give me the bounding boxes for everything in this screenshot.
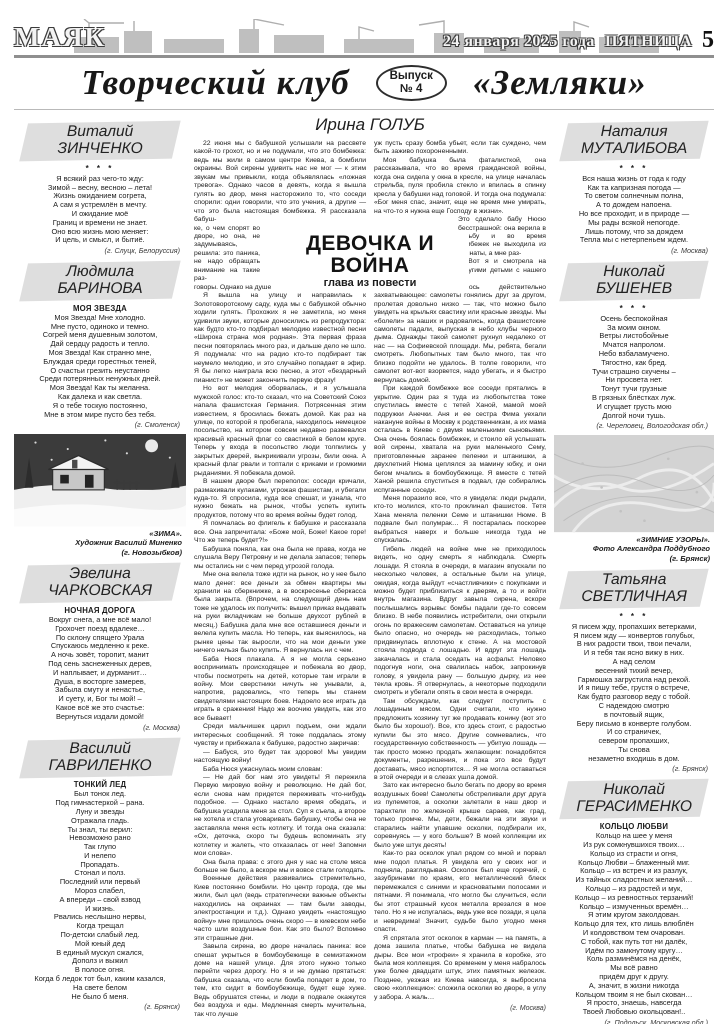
poem-separator: * * *	[554, 164, 714, 173]
newspaper-page: МАЯК 24 января 2025 года ПЯТНИЦА 5 Творч…	[0, 0, 724, 1024]
author-last-name: БУШЕНЕВ	[564, 280, 705, 297]
author-band: Николай ГЕРАСИМЕНКО	[559, 779, 708, 819]
story-headline: ДЕВОЧКА И ВОЙНА	[273, 233, 467, 277]
caption-artist: Художник Василий Миненко	[14, 538, 182, 548]
paragraph: 22 июня мы с бабушкой услышали на рассве…	[194, 140, 366, 225]
poem-text: Кольцо на шее у меняИз рук сомкнувшихся …	[554, 832, 714, 1017]
poem-text: Я всякий раз чего-то жду:Зимой – весну, …	[14, 175, 186, 245]
poem-text: Вокруг снега, а мне всё мало!Грохочет по…	[14, 616, 186, 722]
author-first-name: Наталия	[564, 123, 705, 140]
paragraph: Бабушка поняла, как она была не права, к…	[194, 546, 366, 571]
caption-title: «ЗИМНИЕ УЗОРЫ».	[554, 535, 710, 545]
poem-line: Долгой ночи тушь.	[554, 412, 714, 421]
author-last-name: ГЕРАСИМЕНКО	[564, 799, 705, 816]
author-last-name: ГАВРИЛЕНКО	[24, 757, 177, 774]
author-location: (г. Москва)	[14, 723, 180, 732]
paragraph: — Бабуся, это будет так здорово! Мы увид…	[194, 749, 366, 766]
story-paragraphs: Зрелище разыгрывалось действительно захв…	[374, 284, 546, 1003]
paragraph: Она была права: с этого дня у нас на сто…	[194, 859, 366, 876]
paragraph: Баба Нюся ужаснулась моим словам:	[194, 766, 366, 774]
author-location: (г. Смоленск)	[14, 420, 180, 429]
paragraph: Моя бабушка была фаталисткой, она расска…	[374, 157, 546, 216]
author-last-name: ЧАРКОВСКАЯ	[24, 583, 177, 600]
author-band: Эвелина ЧАРКОВСКАЯ	[19, 563, 180, 603]
poem-block-svetlichnaya: Татьяна СВЕТЛИЧНАЯ * * * Я писем жду, пр…	[554, 570, 714, 773]
author-location: (г. Брянск)	[14, 1002, 180, 1011]
paragraph: Зрелище разыгрывалось действительно захв…	[374, 284, 546, 385]
story-headline-box: ДЕВОЧКА И ВОЙНА глава из повести	[271, 231, 469, 292]
poem-separator: * * *	[14, 164, 186, 173]
paragraph: ке, о чем спорят во дворе, но она, не за…	[194, 225, 260, 284]
poem-block-gerasimenko: Николай ГЕРАСИМЕНКО КОЛЬЦО ЛЮБВИ Кольцо …	[554, 780, 714, 1024]
author-first-name: Людмила	[24, 263, 177, 280]
club-title: Творческий клуб	[81, 63, 349, 103]
poem-title: НОЧНАЯ ДОРОГА	[14, 606, 186, 615]
author-first-name: Василий	[24, 740, 177, 757]
story-byline: Ирина ГОЛУБ	[194, 115, 546, 135]
poem-text: Моя Звезда! Мне холодно.Мне пусто, одино…	[14, 314, 186, 420]
paragraph: Баба Нюся плакала. А я не могла серьезно…	[194, 656, 366, 724]
author-last-name: ЗИНЧЕНКО	[24, 140, 177, 157]
caption-title: «ЗИМА».	[14, 529, 182, 539]
story-paragraphs: Я вышла на улицу и направилась к Золотов…	[194, 292, 366, 1019]
paragraph: Гибель людей на войне мне не приходилось…	[374, 546, 546, 698]
poem-block-charkovskaya: Эвелина ЧАРКОВСКАЯ НОЧНАЯ ДОРОГА Вокруг …	[14, 564, 186, 731]
caption-city: (г. Брянск)	[554, 554, 710, 564]
author-last-name: БАРИНОВА	[24, 280, 177, 297]
paragraph: Меня поразило все, что я увидела: люди р…	[374, 495, 546, 546]
paragraph: Там обсуждали, как следует поступить с л…	[374, 698, 546, 783]
author-first-name: Эвелина	[24, 565, 177, 582]
poem-line: Мне в этом мире пусто без тебя.	[14, 411, 186, 420]
author-band: Татьяна СВЕТЛИЧНАЯ	[559, 569, 708, 609]
poem-block-mutalibova: Наталия МУТАЛИБОВА * * * Вся наша жизнь …	[554, 122, 714, 255]
issue-badge: Выпуск № 4	[376, 65, 447, 101]
paragraph: При каждой бомбежке все соседи прятались…	[374, 385, 546, 495]
paragraph: Военные действия развивались стремительн…	[194, 875, 366, 943]
masthead-title: МАЯК	[14, 22, 106, 55]
poem-separator: * * *	[554, 612, 714, 621]
poem-text: Я писем жду, пропахших ветерками,Я писем…	[554, 623, 714, 764]
poem-text: Осень беспокойнаяЗа моим окном.Ветры лис…	[554, 315, 714, 421]
poem-block-bushenev: Николай БУШЕНЕВ * * * Осень беспокойнаяЗ…	[554, 262, 714, 430]
caption-photographer: Фото Александра Поддубного	[554, 544, 710, 554]
paragraph: — Не дай бог нам это увидеть! Я пережила…	[194, 774, 366, 859]
poem-text: Был тонок лед.Под гимнастеркой – рана.Лу…	[14, 790, 186, 1001]
paragraph: уж пусть сразу бомба убьет, если так суж…	[374, 140, 546, 157]
poem-text: Вся наша жизнь от года к годуКак та капр…	[554, 175, 714, 245]
issue-date: 24 января 2025 года	[443, 33, 595, 51]
author-location: (г. Подольск, Московская обл.)	[554, 1018, 708, 1024]
author-last-name: МУТАЛИБОВА	[564, 140, 705, 157]
poem-line: Вернуться издали домой!	[14, 713, 186, 722]
author-first-name: Татьяна	[564, 571, 705, 588]
story-subhead: глава из повести	[273, 277, 467, 289]
right-poems-column: Наталия МУТАЛИБОВА * * * Вся наша жизнь …	[554, 115, 714, 1024]
poem-line: И цель, и смысл, и бытиё.	[14, 236, 186, 245]
frost-photo	[554, 435, 714, 532]
wrap-text-right: Это сделало бабу Нюсю бесстрашной: она в…	[458, 216, 546, 258]
paragraph: Но вот мелодия оборвалась, и я услышала …	[194, 385, 366, 478]
paragraph: Как-то раз осколок упал рядом со мной и …	[374, 850, 546, 935]
paragraph: Зато как интересно было бегать по двору …	[374, 782, 546, 850]
author-band: Наталия МУТАЛИБОВА	[559, 121, 708, 161]
section-title-row: Творческий клуб Выпуск № 4 «Земляки»	[14, 58, 714, 110]
poem-line: Тепла мы с нетерпеньем ждем.	[554, 236, 714, 245]
paragraph: Я вышла на улицу и направилась к Золотов…	[194, 292, 366, 385]
poem-line: незаметно входишь в дом.	[554, 755, 714, 764]
page-number: 5	[692, 27, 714, 55]
paragraph: Это сделало бабу Нюсю бесстрашной: она в…	[458, 216, 546, 258]
poem-title: ТОНКИЙ ЛЕД	[14, 780, 186, 789]
wrap-text-left: ке, о чем спорят во дворе, но она, не за…	[194, 225, 260, 284]
paragraph: Я спрятала этот осколок в карман — на па…	[374, 935, 546, 1003]
author-band: Людмила БАРИНОВА	[19, 261, 180, 301]
poem-line: Твоей Любовью окольцован!..	[554, 1008, 714, 1017]
poem-title: КОЛЬЦО ЛЮБВИ	[554, 822, 714, 831]
photo-caption: «ЗИМНИЕ УЗОРЫ». Фото Александра Поддубно…	[554, 535, 710, 564]
winter-drawing	[14, 434, 186, 526]
poem-block-gavrilenko: Василий ГАВРИЛЕНКО ТОНКИЙ ЛЕД Был тонок …	[14, 739, 186, 1012]
author-first-name: Виталий	[24, 123, 177, 140]
header: МАЯК 24 января 2025 года ПЯТНИЦА 5	[14, 6, 714, 58]
zemlyaki-title: «Земляки»	[473, 63, 647, 103]
issue-badge-label: Выпуск	[390, 70, 433, 83]
paragraph: В нашем дворе был переполох: соседи крич…	[194, 478, 366, 520]
author-first-name: Николай	[564, 263, 705, 280]
drawing-caption: «ЗИМА». Художник Василий Миненко (г. Нов…	[14, 529, 182, 558]
paragraph: Среди мальчишек царил подъем, они ждали …	[194, 723, 366, 748]
author-band: Виталий ЗИНЧЕНКО	[19, 121, 180, 161]
author-location: (г. Брянск)	[554, 764, 708, 773]
paragraph: Я помчалась во флигель к бабушке и расск…	[194, 520, 366, 545]
author-location: (г. Слуцк, Белоруссия)	[14, 246, 180, 255]
weekday: ПЯТНИЦА	[605, 33, 692, 51]
author-band: Николай БУШЕНЕВ	[559, 261, 708, 301]
poem-separator: * * *	[554, 304, 714, 313]
author-location: (г. Череповец, Вологодская обл.)	[554, 421, 708, 430]
paragraph: Мне она велела тоже идти на рынок, но у …	[194, 571, 366, 656]
caption-city: (г. Новозыбков)	[14, 548, 182, 558]
poem-title: МОЯ ЗВЕЗДА	[14, 304, 186, 313]
author-last-name: СВЕТЛИЧНАЯ	[564, 588, 705, 605]
poem-block-barinova: Людмила БАРИНОВА МОЯ ЗВЕЗДА Моя Звезда! …	[14, 262, 186, 429]
author-first-name: Николай	[564, 782, 705, 799]
issue-badge-number: № 4	[390, 83, 433, 96]
poem-block-zinchenko: Виталий ЗИНЧЕНКО * * * Я всякий раз чего…	[14, 122, 186, 255]
left-poems-column: Виталий ЗИНЧЕНКО * * * Я всякий раз чего…	[14, 115, 186, 1024]
author-band: Василий ГАВРИЛЕНКО	[19, 737, 180, 777]
poem-line: Не было б меня.	[14, 993, 186, 1002]
paragraph: Завыла сирена, во дворе началась паника:…	[194, 943, 366, 1019]
story-location: (г. Москва)	[374, 1005, 546, 1012]
author-location: (г. Москва)	[554, 246, 708, 255]
story-column: Ирина ГОЛУБ ДЕВОЧКА И ВОЙНА глава из пов…	[194, 115, 546, 1024]
